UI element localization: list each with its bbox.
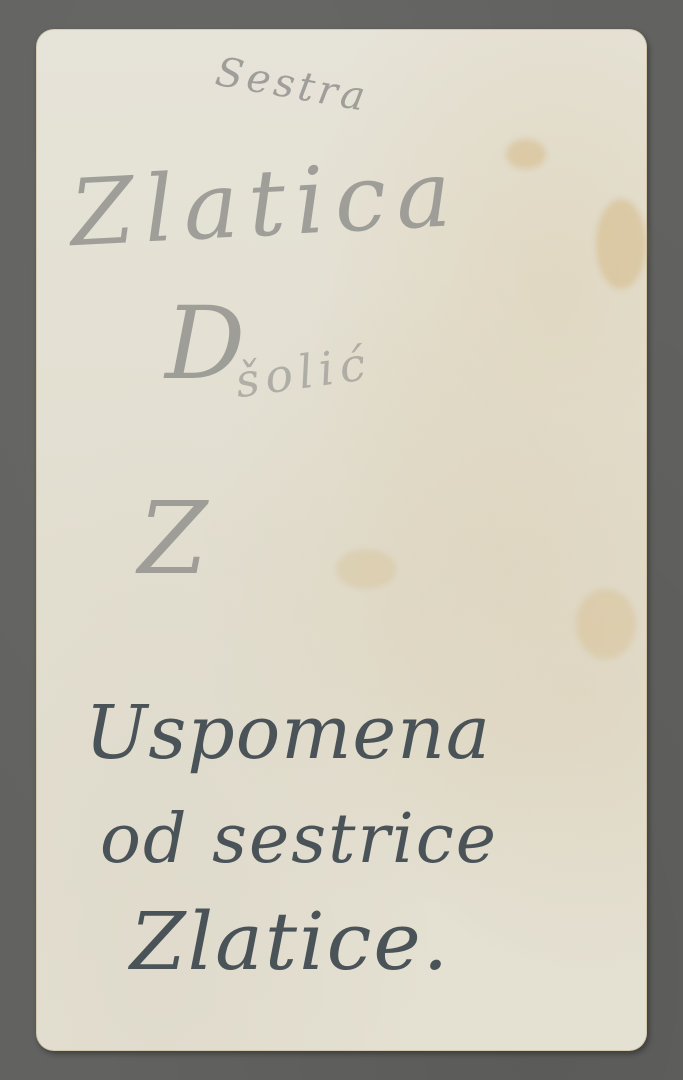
pencil-note-zlatica: Zlatica xyxy=(67,140,463,267)
inscription-line-2: od sestrice xyxy=(100,800,498,879)
inscription-line-1: Uspomena xyxy=(85,690,491,776)
stain xyxy=(596,199,646,289)
inscription-line-3: Zlatice. xyxy=(130,895,450,988)
stain xyxy=(506,139,546,169)
stain xyxy=(336,549,396,589)
stain xyxy=(576,589,636,659)
pencil-note-initial-z: Z xyxy=(138,480,211,597)
